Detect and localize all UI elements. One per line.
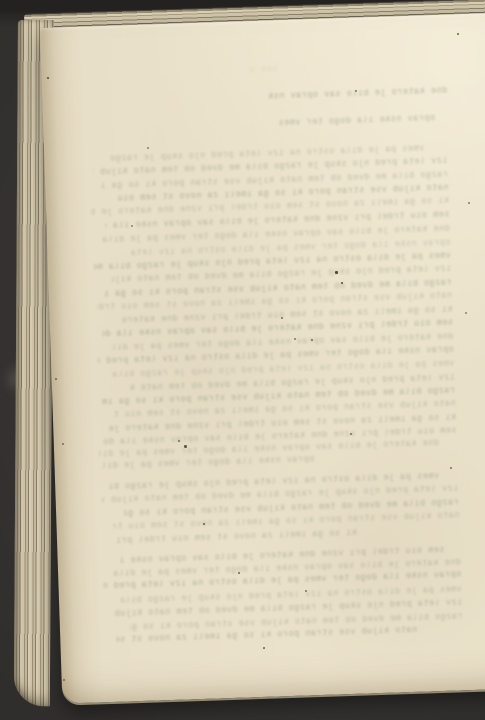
ghost-text-line: dne katero je bilo sav oprav nske ila do…	[267, 87, 447, 102]
ink-speck	[184, 445, 187, 448]
ink-speck	[465, 312, 467, 314]
ink-speck	[147, 147, 149, 149]
ink-speck	[281, 317, 283, 319]
ink-speck	[263, 647, 265, 649]
ghost-text-line: oprav nske ila dogo ter vmes pa je dila …	[273, 114, 435, 128]
ink-speck	[131, 225, 133, 227]
ghost-text-line: ki so ga imeli za novo st sem oiu trdel …	[114, 529, 357, 546]
scan-viewport: sem oiu trdel pri vzne dne katero je bil…	[0, 0, 485, 720]
ink-speck	[294, 338, 296, 340]
ink-speck	[341, 282, 343, 284]
ink-speck	[350, 433, 352, 435]
ink-speck	[335, 271, 338, 274]
ink-speck	[450, 467, 452, 469]
ink-speck	[311, 339, 313, 341]
ghost-text-line: sem oiu trdel pri vzne	[247, 65, 277, 75]
ink-speck	[178, 440, 180, 442]
ink-speck	[55, 378, 57, 380]
ink-speck	[47, 77, 49, 79]
ink-speck	[457, 33, 459, 35]
ink-speck	[62, 443, 64, 445]
ink-speck	[238, 572, 240, 574]
ghost-text-layer: sem oiu trdel pri vzne dne katero je bil…	[40, 12, 485, 703]
ink-speck	[203, 523, 205, 525]
ink-speck	[468, 202, 470, 204]
ink-speck	[63, 679, 65, 681]
ink-speck	[355, 90, 357, 92]
ink-speck	[305, 590, 307, 592]
document-page: sem oiu trdel pri vzne dne katero je bil…	[40, 12, 485, 703]
